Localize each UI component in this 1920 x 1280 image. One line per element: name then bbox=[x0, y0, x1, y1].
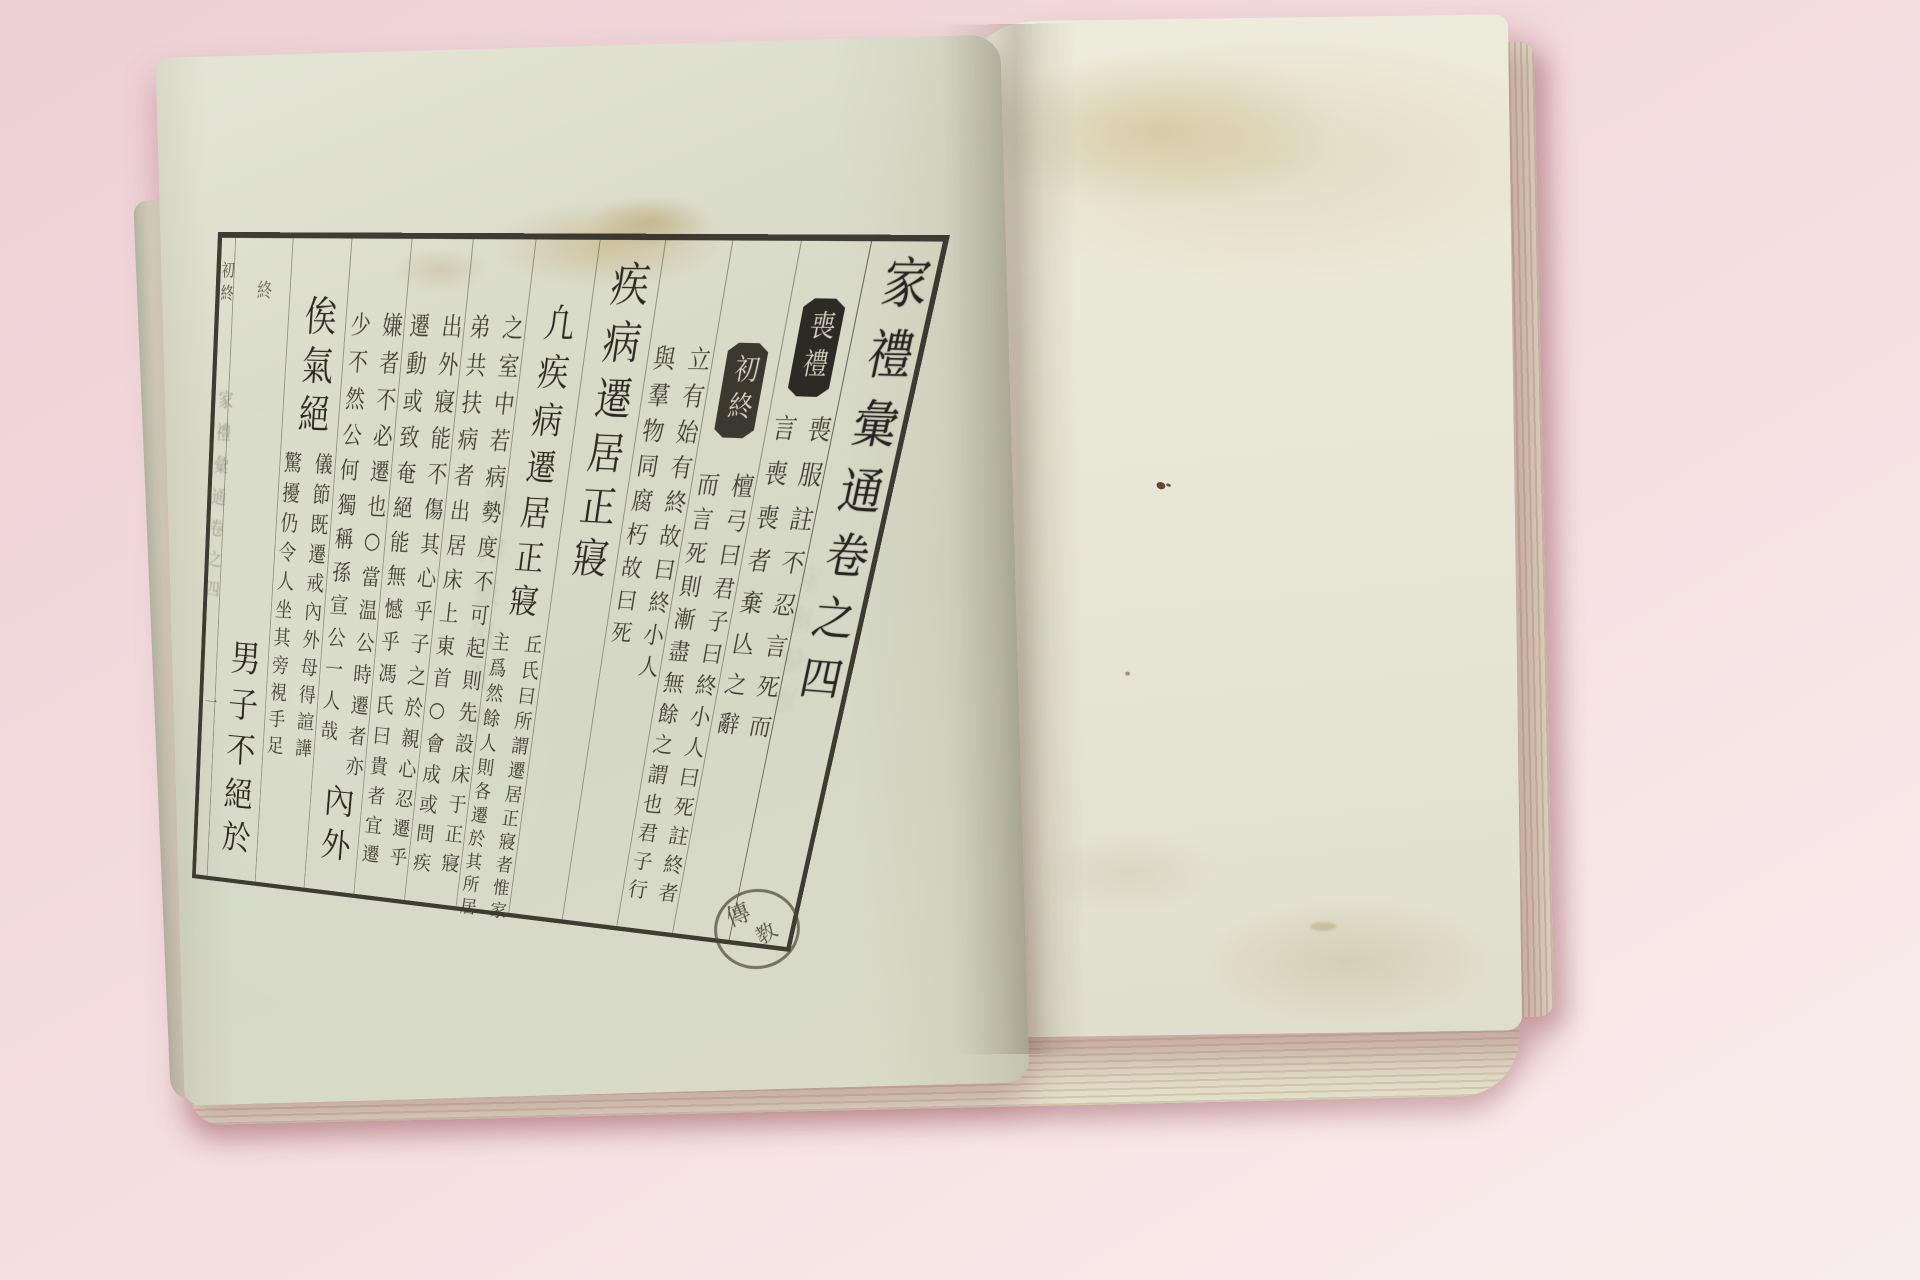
body-text: 內外 bbox=[316, 782, 353, 872]
seal-character: 教 bbox=[752, 919, 781, 948]
stain-speck bbox=[1156, 481, 1167, 491]
body-text: 男子不絕於 bbox=[218, 638, 259, 864]
fold-section-label: 初終 bbox=[219, 261, 234, 307]
faint-character: 終 bbox=[254, 280, 270, 300]
fold-page-number: 一 bbox=[203, 694, 216, 710]
cartouche-sangnye: 喪禮 bbox=[786, 298, 847, 397]
stain-speck bbox=[1125, 672, 1130, 676]
stain-smudge bbox=[1311, 922, 1337, 931]
cartouche-chojong: 初終 bbox=[712, 343, 769, 439]
seal-character: 傳 bbox=[723, 899, 754, 930]
blank-right-page bbox=[968, 14, 1522, 1037]
photo-of-open-woodblock-book: { "palette": { "tabletop_pink": "#f2d8db… bbox=[0, 0, 1920, 1280]
body-text: 俟氣絕 bbox=[294, 294, 335, 441]
